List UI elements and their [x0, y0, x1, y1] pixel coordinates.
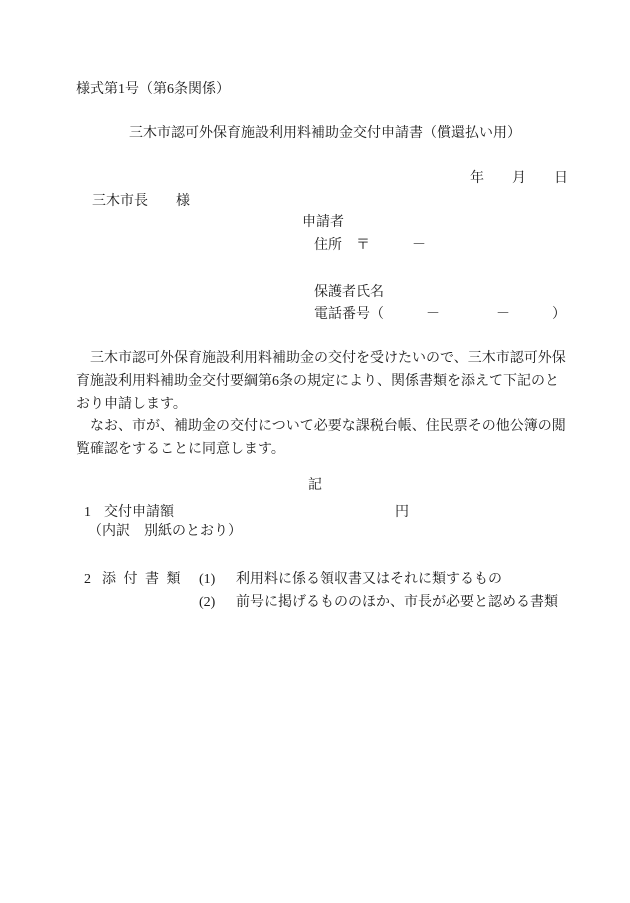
paragraph-2-line-1: なお、市が、補助金の交付について必要な課税台帳、住民票その他公簿の閲 [76, 419, 566, 434]
paragraph-1-line-1: 三木市認可外保育施設利用料補助金の交付を受けたいので、三木市認可外保 [76, 351, 566, 366]
addressee: 三木市長 様 [92, 194, 190, 209]
document-title: 三木市認可外保育施設利用料補助金交付申請書（償還払い用） [129, 126, 521, 141]
paragraph-2-line-2: 覧確認をすることに同意します。 [76, 442, 285, 457]
item-2-sub-2-text: 前号に掲げるもののほか、市長が必要と認める書類 [236, 595, 558, 610]
item-1-currency-unit: 円 [395, 505, 409, 520]
item-2-number: 2 [84, 572, 91, 587]
item-1-number: 1 [84, 505, 91, 520]
item-2-sub-1-text: 利用料に係る領収書又はそれに類するもの [236, 572, 502, 587]
applicant-label: 申請者 [302, 215, 344, 230]
date-line: 年 月 日 [470, 171, 568, 186]
item-2-label: 添付書類 [102, 572, 188, 587]
applicant-address-line: 住所 〒 － [314, 238, 426, 253]
item-1-label: 交付申請額 [104, 505, 174, 520]
paragraph-1-line-3: おり申請します。 [76, 397, 187, 412]
paragraph-1-line-2: 育施設利用料補助金交付要綱第6条の規定により、関係書類を添えて下記のと [76, 374, 559, 389]
ki-heading: 記 [0, 478, 630, 493]
item-2-sub-2-number: (2) [199, 595, 215, 610]
form-number: 様式第1号（第6条関係） [76, 82, 230, 97]
guardian-name-label: 保護者氏名 [314, 285, 384, 300]
item-1-breakdown-note: （内訳 別紙のとおり） [88, 524, 242, 539]
item-2-sub-1-number: (1) [199, 572, 215, 587]
phone-number-line: 電話番号（ － － ） [314, 307, 566, 322]
application-form-document: 様式第1号（第6条関係） 三木市認可外保育施設利用料補助金交付申請書（償還払い用… [0, 0, 630, 903]
